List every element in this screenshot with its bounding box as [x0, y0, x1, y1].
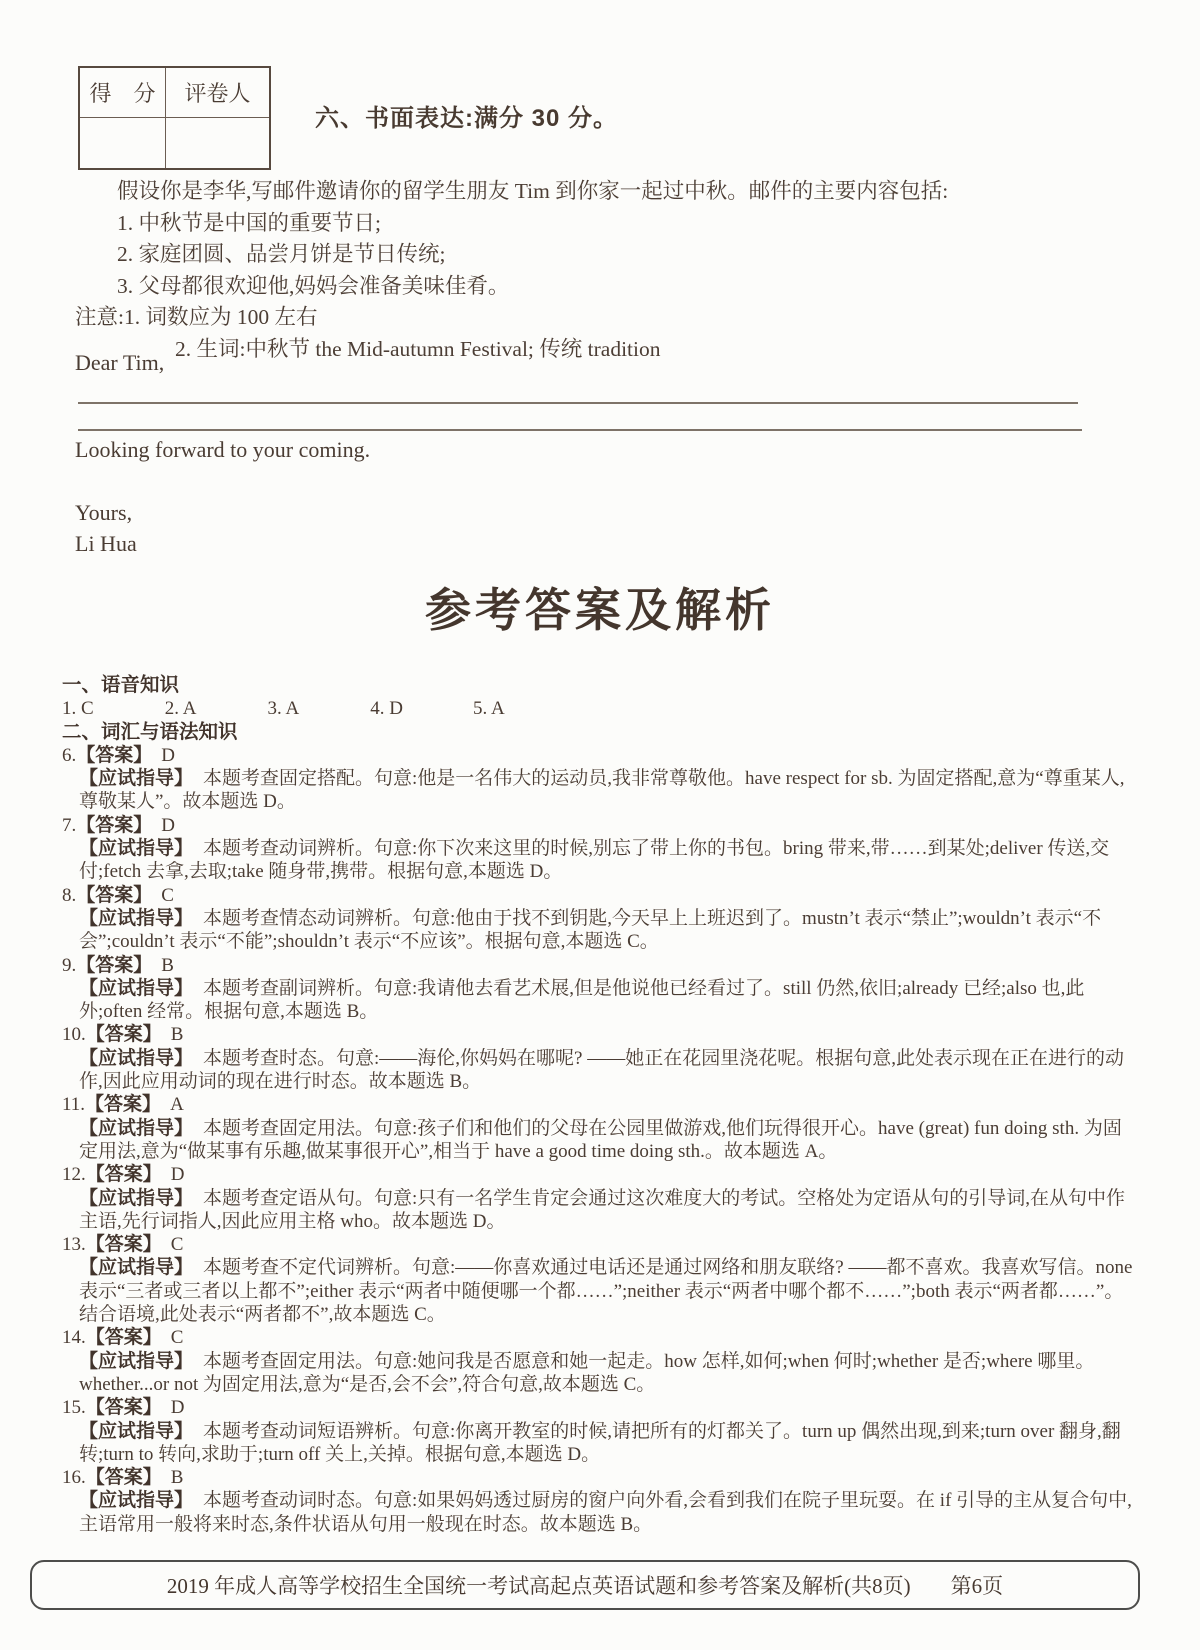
- question-number: 10.: [62, 1024, 86, 1045]
- answer-item: 15.【答案】D 【应试指导】本题考查动词短语辨析。句意:你离开教室的时候,请把…: [62, 1396, 1138, 1466]
- explanation-text: 本题考查固定搭配。句意:他是一名伟大的运动员,我非常尊敬他。have respe…: [79, 768, 1124, 812]
- answer-item: 10.【答案】B 【应试指导】本题考查时态。句意:——海伦,你妈妈在哪呢? ——…: [62, 1023, 1138, 1093]
- answer-line: 6.【答案】D: [62, 744, 1138, 767]
- answer-item: 16.【答案】B 【应试指导】本题考查动词时态。句意:如果妈妈透过厨房的窗户向外…: [62, 1466, 1138, 1536]
- answer-line: 7.【答案】D: [62, 814, 1138, 837]
- answer-item: 9.【答案】B 【应试指导】本题考查副词辨析。句意:我请他去看艺术展,但是他说他…: [62, 954, 1138, 1024]
- question-number: 16.: [62, 1467, 86, 1488]
- guide-label: 【应试指导】: [79, 1118, 193, 1139]
- answer-line: 16.【答案】B: [62, 1466, 1138, 1489]
- footer-page-number: 第6页: [951, 1570, 1004, 1600]
- answer-letter: B: [161, 955, 174, 976]
- explanation-text: 本题考查动词短语辨析。句意:你离开教室的时候,请把所有的灯都关了。turn up…: [79, 1421, 1121, 1465]
- explanation: 【应试指导】本题考查固定用法。句意:孩子们和他们的父母在公园里做游戏,他们玩得很…: [79, 1117, 1138, 1164]
- answer-letter: C: [171, 1234, 184, 1255]
- answer-label: 【答案】: [86, 1327, 162, 1348]
- phonics-answer: 2. A: [165, 697, 263, 720]
- explanation: 【应试指导】本题考查动词时态。句意:如果妈妈透过厨房的窗户向外看,会看到我们在院…: [79, 1489, 1138, 1536]
- guide-label: 【应试指导】: [79, 1490, 193, 1511]
- explanation-text: 本题考查固定用法。句意:她问我是否愿意和她一起走。how 怎样,如何;when …: [79, 1351, 1094, 1395]
- answer-label: 【答案】: [76, 745, 152, 766]
- answer-letter: D: [161, 745, 175, 766]
- answer-items: 6.【答案】D 【应试指导】本题考查固定搭配。句意:他是一名伟大的运动员,我非常…: [62, 744, 1138, 1536]
- answer-letter: C: [171, 1327, 184, 1348]
- answer-label: 【答案】: [85, 1094, 161, 1115]
- writing-line: [78, 429, 1082, 431]
- explanation: 【应试指导】本题考查定语从句。句意:只有一名学生肯定会通过这次难度大的考试。空格…: [79, 1187, 1138, 1234]
- explanation: 【应试指导】本题考查副词辨析。句意:我请他去看艺术展,但是他说他已经看过了。st…: [79, 977, 1138, 1024]
- explanation: 【应试指导】本题考查动词短语辨析。句意:你离开教室的时候,请把所有的灯都关了。t…: [79, 1420, 1138, 1467]
- phonics-answer: 1. C: [62, 697, 160, 720]
- prompt-note-line: 注意:1. 词数应为 100 左右: [75, 302, 1145, 334]
- answer-label: 【答案】: [86, 1024, 162, 1045]
- answer-item: 8.【答案】C 【应试指导】本题考查情态动词辨析。句意:他由于找不到钥匙,今天早…: [62, 884, 1138, 954]
- guide-label: 【应试指导】: [79, 908, 193, 929]
- answer-line: 15.【答案】D: [62, 1396, 1138, 1419]
- explanation: 【应试指导】本题考查固定用法。句意:她问我是否愿意和她一起走。how 怎样,如何…: [79, 1350, 1138, 1397]
- answer-label: 【答案】: [86, 1397, 162, 1418]
- answer-label: 【答案】: [86, 1467, 162, 1488]
- phonics-answer: 5. A: [473, 697, 571, 720]
- score-box: 得 分 评卷人: [78, 66, 271, 170]
- answer-letter: D: [161, 815, 175, 836]
- question-number: 14.: [62, 1327, 86, 1348]
- answer-item: 7.【答案】D 【应试指导】本题考查动词辨析。句意:你下次来这里的时候,别忘了带…: [62, 814, 1138, 884]
- explanation: 【应试指导】本题考查时态。句意:——海伦,你妈妈在哪呢? ——她正在花园里浇花呢…: [79, 1047, 1138, 1094]
- score-value-cell: [80, 118, 166, 168]
- letter-salutation: Dear Tim,: [75, 350, 164, 376]
- prompt-line: 2. 家庭团圆、品尝月饼是节日传统;: [75, 239, 1145, 271]
- answer-line: 9.【答案】B: [62, 954, 1138, 977]
- guide-label: 【应试指导】: [79, 768, 193, 789]
- letter-signature: Li Hua: [75, 531, 137, 557]
- prompt-line: 1. 中秋节是中国的重要节日;: [75, 208, 1145, 240]
- answer-key: 一、语音知识 1. C 2. A 3. A 4. D 5. A 二、词汇与语法知…: [62, 674, 1138, 1536]
- guide-label: 【应试指导】: [79, 1351, 193, 1372]
- answer-line: 12.【答案】D: [62, 1163, 1138, 1186]
- score-label: 得 分: [80, 68, 166, 118]
- answer-line: 11.【答案】A: [62, 1093, 1138, 1116]
- explanation: 【应试指导】本题考查情态动词辨析。句意:他由于找不到钥匙,今天早上上班迟到了。m…: [79, 907, 1138, 954]
- page-title: 参考答案及解析: [0, 574, 1200, 640]
- prompt-vocab-line: 2. 生词:中秋节 the Mid-autumn Festival; 传统 tr…: [75, 334, 1145, 366]
- writing-line: [78, 402, 1078, 404]
- answer-item: 6.【答案】D 【应试指导】本题考查固定搭配。句意:他是一名伟大的运动员,我非常…: [62, 744, 1138, 814]
- grader-value-cell: [166, 118, 269, 168]
- explanation-text: 本题考查情态动词辨析。句意:他由于找不到钥匙,今天早上上班迟到了。mustn’t…: [79, 908, 1101, 952]
- guide-label: 【应试指导】: [79, 978, 193, 999]
- phonics-answer: 3. A: [268, 697, 366, 720]
- explanation-text: 本题考查动词辨析。句意:你下次来这里的时候,别忘了带上你的书包。bring 带来…: [79, 838, 1109, 882]
- question-number: 7.: [62, 815, 76, 836]
- explanation-text: 本题考查固定用法。句意:孩子们和他们的父母在公园里做游戏,他们玩得很开心。hav…: [79, 1118, 1122, 1162]
- answer-item: 13.【答案】C 【应试指导】本题考查不定代词辨析。句意:——你喜欢通过电话还是…: [62, 1233, 1138, 1326]
- page-footer: 2019 年成人高等学校招生全国统一考试高起点英语试题和参考答案及解析(共8页)…: [30, 1560, 1140, 1610]
- answer-line: 13.【答案】C: [62, 1233, 1138, 1256]
- explanation-text: 本题考查定语从句。句意:只有一名学生肯定会通过这次难度大的考试。空格处为定语从句…: [79, 1188, 1125, 1232]
- question-number: 6.: [62, 745, 76, 766]
- answer-label: 【答案】: [86, 1164, 162, 1185]
- answer-letter: B: [171, 1467, 184, 1488]
- guide-label: 【应试指导】: [79, 1188, 193, 1209]
- question-number: 12.: [62, 1164, 86, 1185]
- letter-yours: Yours,: [75, 500, 132, 526]
- answer-letter: D: [171, 1164, 185, 1185]
- section2-heading: 二、词汇与语法知识: [62, 721, 1138, 744]
- explanation-text: 本题考查动词时态。句意:如果妈妈透过厨房的窗户向外看,会看到我们在院子里玩耍。在…: [79, 1490, 1132, 1534]
- prompt-line: 假设你是李华,写邮件邀请你的留学生朋友 Tim 到你家一起过中秋。邮件的主要内容…: [75, 176, 1145, 208]
- grader-label: 评卷人: [166, 68, 269, 118]
- question-number: 13.: [62, 1234, 86, 1255]
- guide-label: 【应试指导】: [79, 838, 193, 859]
- explanation-text: 本题考查副词辨析。句意:我请他去看艺术展,但是他说他已经看过了。still 仍然…: [79, 978, 1084, 1022]
- answer-letter: C: [161, 885, 174, 906]
- answer-label: 【答案】: [76, 815, 152, 836]
- guide-label: 【应试指导】: [79, 1048, 193, 1069]
- answer-item: 12.【答案】D 【应试指导】本题考查定语从句。句意:只有一名学生肯定会通过这次…: [62, 1163, 1138, 1233]
- answer-label: 【答案】: [76, 955, 152, 976]
- answer-line: 10.【答案】B: [62, 1023, 1138, 1046]
- explanation-text: 本题考查时态。句意:——海伦,你妈妈在哪呢? ——她正在花园里浇花呢。根据句意,…: [79, 1048, 1124, 1092]
- section6-heading: 六、书面表达:满分 30 分。: [315, 98, 618, 133]
- letter-closing: Looking forward to your coming.: [75, 437, 370, 463]
- footer-text: 2019 年成人高等学校招生全国统一考试高起点英语试题和参考答案及解析(共8页): [167, 1570, 911, 1600]
- answer-letter: D: [171, 1397, 185, 1418]
- prompt-line: 3. 父母都很欢迎他,妈妈会准备美味佳肴。: [75, 271, 1145, 303]
- answer-line: 8.【答案】C: [62, 884, 1138, 907]
- explanation: 【应试指导】本题考查不定代词辨析。句意:——你喜欢通过电话还是通过网络和朋友联络…: [79, 1256, 1138, 1326]
- guide-label: 【应试指导】: [79, 1421, 193, 1442]
- question-number: 9.: [62, 955, 76, 976]
- answer-label: 【答案】: [76, 885, 152, 906]
- explanation: 【应试指导】本题考查动词辨析。句意:你下次来这里的时候,别忘了带上你的书包。br…: [79, 837, 1138, 884]
- answer-item: 14.【答案】C 【应试指导】本题考查固定用法。句意:她问我是否愿意和她一起走。…: [62, 1326, 1138, 1396]
- guide-label: 【应试指导】: [79, 1257, 193, 1278]
- answer-line: 14.【答案】C: [62, 1326, 1138, 1349]
- question-number: 11.: [62, 1094, 85, 1115]
- question-number: 15.: [62, 1397, 86, 1418]
- answer-letter: B: [171, 1024, 184, 1045]
- answer-letter: A: [170, 1094, 184, 1115]
- question-number: 8.: [62, 885, 76, 906]
- explanation: 【应试指导】本题考查固定搭配。句意:他是一名伟大的运动员,我非常尊敬他。have…: [79, 767, 1138, 814]
- answer-label: 【答案】: [86, 1234, 162, 1255]
- writing-prompt: 假设你是李华,写邮件邀请你的留学生朋友 Tim 到你家一起过中秋。邮件的主要内容…: [75, 176, 1145, 365]
- phonics-answer: 4. D: [370, 697, 468, 720]
- explanation-text: 本题考查不定代词辨析。句意:——你喜欢通过电话还是通过网络和朋友联络? ——都不…: [79, 1257, 1132, 1325]
- section1-heading: 一、语音知识: [62, 674, 1138, 697]
- phonics-answers: 1. C 2. A 3. A 4. D 5. A: [62, 697, 1138, 720]
- answer-item: 11.【答案】A 【应试指导】本题考查固定用法。句意:孩子们和他们的父母在公园里…: [62, 1093, 1138, 1163]
